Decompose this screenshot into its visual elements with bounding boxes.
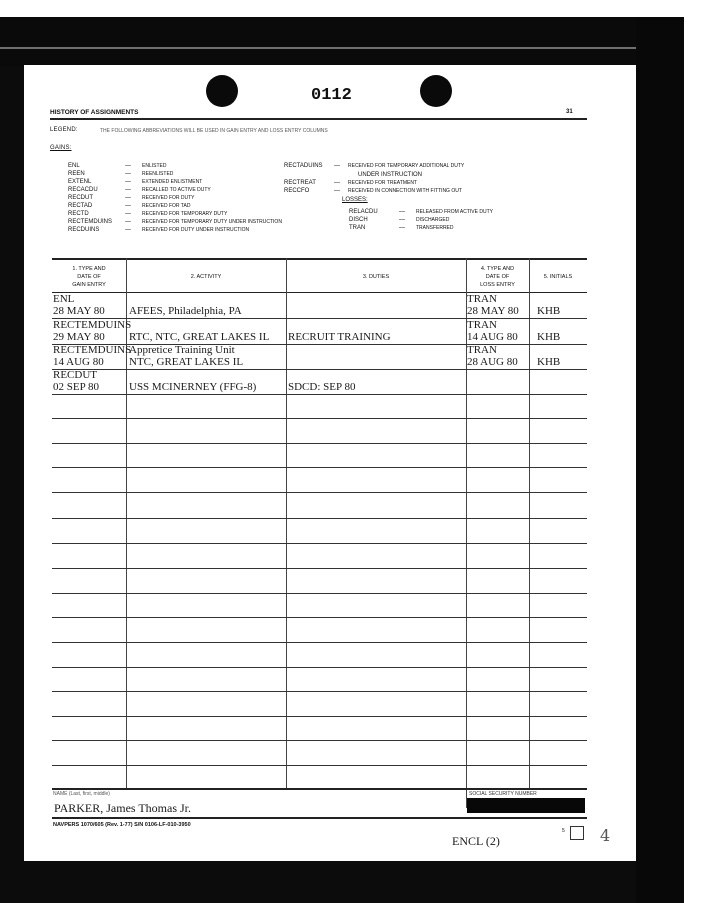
gain-code-rectemduins: RECTEMDUINS—RECEIVED FOR TEMPORARY DUTY … — [68, 219, 282, 225]
gain-code-recduins: RECDUINS—RECEIVED FOR DUTY UNDER INSTRUC… — [68, 227, 249, 233]
row-rule — [52, 667, 587, 668]
row-rule — [52, 543, 587, 544]
form-page-number: 31 — [566, 109, 573, 115]
gain-type: RECDUT — [53, 369, 97, 381]
duties: RECRUIT TRAINING — [288, 331, 391, 343]
row-rule — [52, 394, 587, 395]
gain-type: RECTEMDUINS — [53, 344, 131, 356]
gain-type: RECTEMDUINS — [53, 319, 131, 331]
loss-date: 28 AUG 80 — [467, 356, 518, 368]
page-stamp-number: 0112 — [311, 86, 352, 105]
losses-label: LOSSES: — [342, 197, 368, 203]
form-identifier: NAVPERS 1070/605 (Rev. 1-77) S/N 0106-LF… — [53, 822, 191, 828]
gain-code-rectd: RECTD—RECEIVED FOR TEMPORARY DUTY — [68, 211, 227, 217]
gain-code-rectaduins-cont: UNDER INSTRUCTION — [358, 172, 422, 178]
row-rule — [52, 443, 587, 444]
ssn-redaction-block — [467, 798, 585, 813]
gain-code-reen: REEN—REENLISTED — [68, 171, 173, 177]
box-number-label: 5 — [562, 828, 565, 834]
gains-label: GAINS: — [50, 145, 72, 151]
header-bottom-rule — [52, 292, 587, 293]
scan-right-margin — [684, 0, 705, 903]
col-divider-1 — [126, 258, 127, 790]
gain-code-rectreat: RECTREAT—RECEIVED FOR TREATMENT — [284, 180, 417, 186]
row-rule — [52, 467, 587, 468]
activity: RTC, NTC, GREAT LAKES IL — [129, 331, 269, 343]
handwritten-page-mark: 4 — [600, 826, 610, 845]
row-rule — [52, 568, 587, 569]
row-rule — [52, 617, 587, 618]
loss-code-relacdu: RELACDU—RELEASED FROM ACTIVE DUTY — [349, 209, 493, 215]
header-duties: 3. DUTIES — [286, 273, 466, 281]
scan-dark-border-top — [0, 17, 684, 67]
col-divider-4 — [529, 258, 530, 790]
table-top-rule — [52, 258, 587, 260]
row-rule — [52, 593, 587, 594]
loss-type: TRAN — [467, 319, 497, 331]
row-rule — [52, 740, 587, 741]
row-rule — [52, 691, 587, 692]
enclosure-label: ENCL (2) — [452, 834, 500, 849]
initials: KHB — [537, 331, 560, 343]
punch-hole-right — [420, 75, 452, 107]
gain-type: ENL — [53, 293, 74, 305]
row-rule — [52, 642, 587, 643]
duties: SDCD: SEP 80 — [288, 381, 355, 393]
gain-date: 14 AUG 80 — [53, 356, 104, 368]
loss-code-disch: DISCH—DISCHARGED — [349, 217, 449, 223]
punch-hole-left — [206, 75, 238, 107]
gain-date: 29 MAY 80 — [53, 331, 105, 343]
initials: KHB — [537, 356, 560, 368]
loss-type: TRAN — [467, 344, 497, 356]
row-rule — [52, 518, 587, 519]
gain-code-recdut: RECDUT—RECEIVED FOR DUTY — [68, 195, 195, 201]
activity-line-2: NTC, GREAT LAKES IL — [129, 356, 243, 368]
gain-code-enl: ENL—ENLISTED — [68, 163, 166, 169]
loss-date: 14 AUG 80 — [467, 331, 518, 343]
gain-code-extenl: EXTENL—EXTENDED ENLISTMENT — [68, 179, 202, 185]
activity-line-1: Appretice Training Unit — [129, 344, 235, 356]
table-bottom-rule — [52, 788, 587, 790]
scan-top-margin — [0, 0, 705, 17]
row-rule — [52, 318, 587, 319]
name-field-label: NAME (Last, first, middle) — [53, 791, 110, 797]
row-rule — [52, 418, 587, 419]
activity: USS MCINERNEY (FFG-8) — [129, 381, 256, 393]
loss-code-tran: TRAN—TRANSFERRED — [349, 225, 454, 231]
gain-code-rectad: RECTAD—RECEIVED FOR TAD — [68, 203, 190, 209]
header-initials: 5. INITIALS — [529, 273, 587, 281]
loss-type: TRAN — [467, 293, 497, 305]
row-rule — [52, 492, 587, 493]
header-activity: 2. ACTIVITY — [126, 273, 286, 281]
ssn-field-label: SOCIAL SECURITY NUMBER — [469, 791, 537, 797]
gain-date: 28 MAY 80 — [53, 305, 105, 317]
gain-code-recacdu: RECACDU—RECALLED TO ACTIVE DUTY — [68, 187, 211, 193]
title-rule — [50, 118, 587, 120]
header-loss-entry: 4. TYPE ANDDATE OFLOSS ENTRY — [466, 265, 529, 289]
activity: AFEES, Philadelphia, PA — [129, 305, 242, 317]
form-title: HISTORY OF ASSIGNMENTS — [50, 109, 138, 116]
header-gain-entry: 1. TYPE ANDDATE OFGAIN ENTRY — [52, 265, 126, 289]
row-rule — [52, 369, 587, 370]
gain-code-rectaduins: RECTADUINS—RECEIVED FOR TEMPORARY ADDITI… — [284, 163, 464, 169]
col-divider-2 — [286, 258, 287, 790]
gain-date: 02 SEP 80 — [53, 381, 99, 393]
legend-text: THE FOLLOWING ABBREVIATIONS WILL BE USED… — [100, 128, 328, 134]
legend-label: LEGEND: — [50, 127, 78, 133]
loss-date: 28 MAY 80 — [467, 305, 519, 317]
row-rule — [52, 716, 587, 717]
scan-artifact-line — [0, 47, 684, 49]
service-member-name: PARKER, James Thomas Jr. — [54, 801, 191, 816]
box-5-checkbox[interactable] — [570, 826, 584, 840]
gain-code-reccfo: RECCFO—RECEIVED IN CONNECTION WITH FITTI… — [284, 188, 462, 194]
row-rule — [52, 765, 587, 766]
footer-rule — [52, 817, 587, 819]
initials: KHB — [537, 305, 560, 317]
